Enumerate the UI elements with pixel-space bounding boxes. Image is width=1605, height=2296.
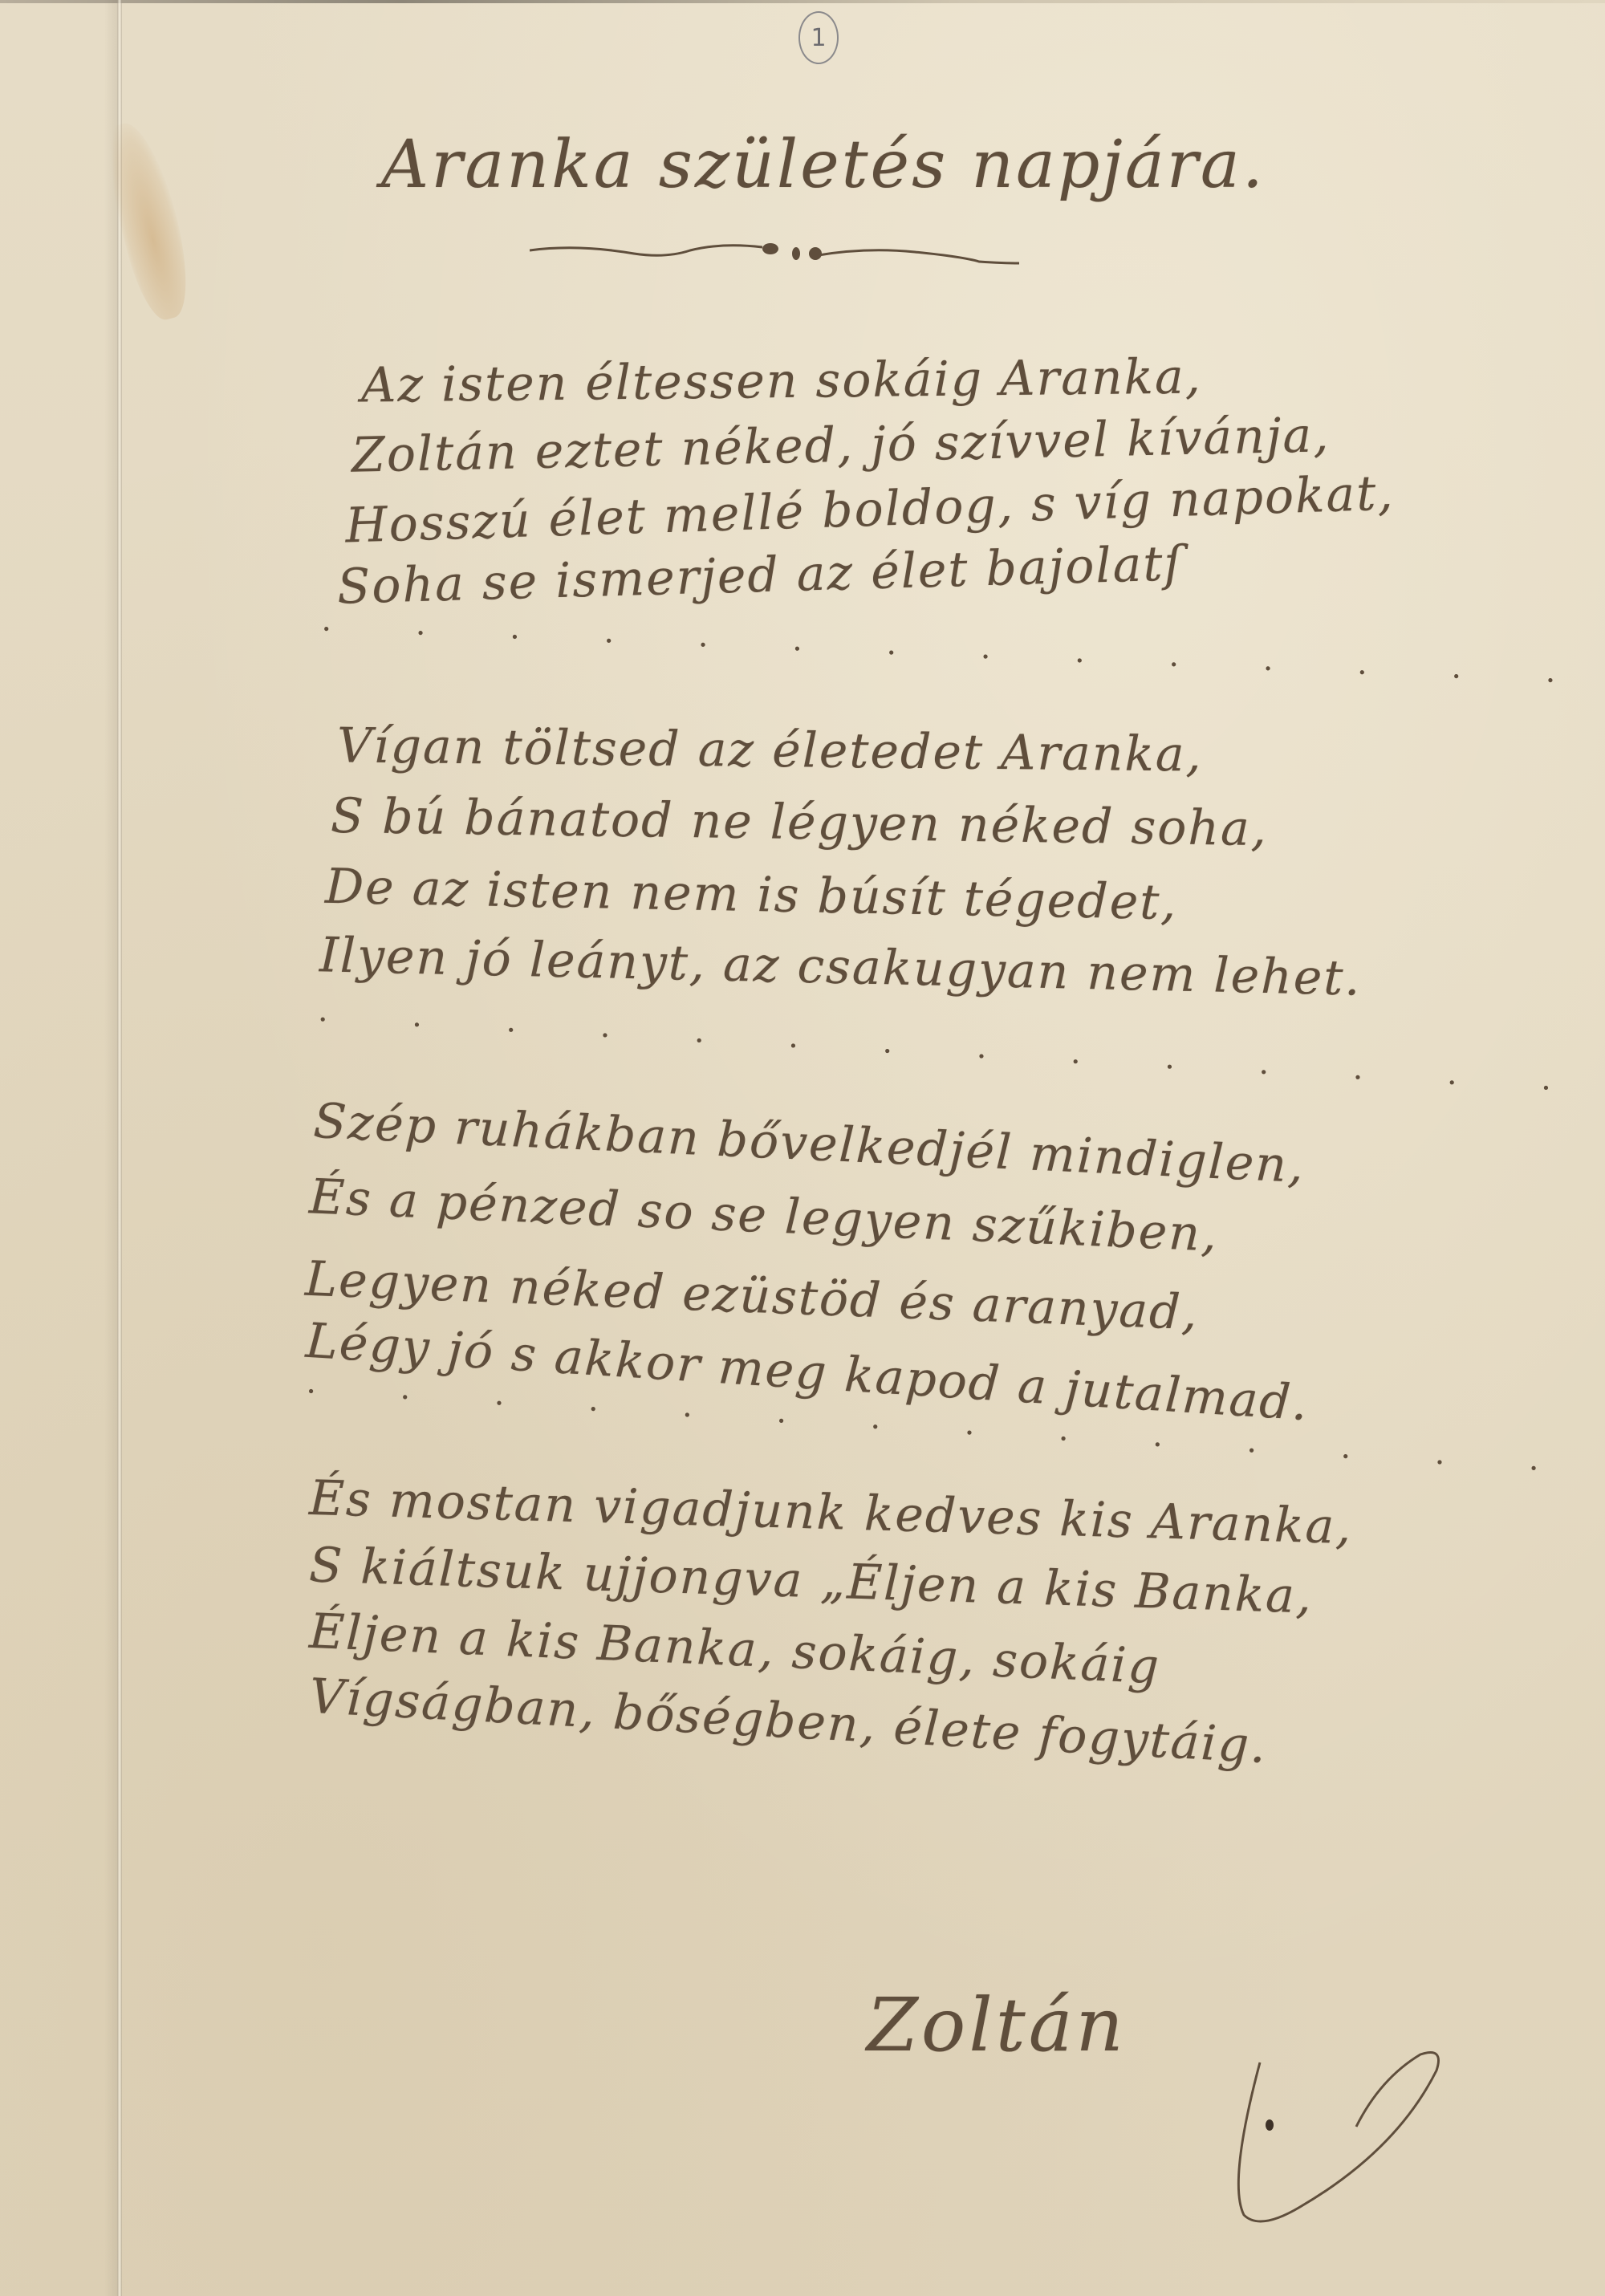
poem-title: Aranka születés napjára. xyxy=(381,127,1266,203)
fold-shadow xyxy=(104,0,117,2296)
signature: Zoltán xyxy=(867,1982,1127,2068)
poem-line: De az isten nem is búsít tégedet, xyxy=(324,859,1178,931)
title-divider-flourish xyxy=(530,239,1027,268)
page-top-edge xyxy=(0,0,1605,3)
poem-line: Ilyen jó leányt, az csakugyan nem lehet. xyxy=(319,927,1362,1006)
paper-fold-line xyxy=(117,0,122,2296)
poem-line: Az isten éltessen sokáig Aranka, xyxy=(361,349,1202,414)
poem-line: S bú bánatod ne légyen néked soha, xyxy=(331,788,1269,857)
poem-line: Vígan töltsed az életedet Aranka, xyxy=(337,717,1203,782)
page-number: 1 xyxy=(798,11,839,64)
signature-flourish xyxy=(1236,2038,1477,2231)
stanza-separator: . . . . . . . . . . . . . . . . . xyxy=(317,992,1605,1115)
stanza-separator: . . . . . . . . . . . . . . . . . xyxy=(321,601,1605,703)
manuscript-page: 1 Aranka születés napjára. Az isten élte… xyxy=(0,0,1605,2296)
